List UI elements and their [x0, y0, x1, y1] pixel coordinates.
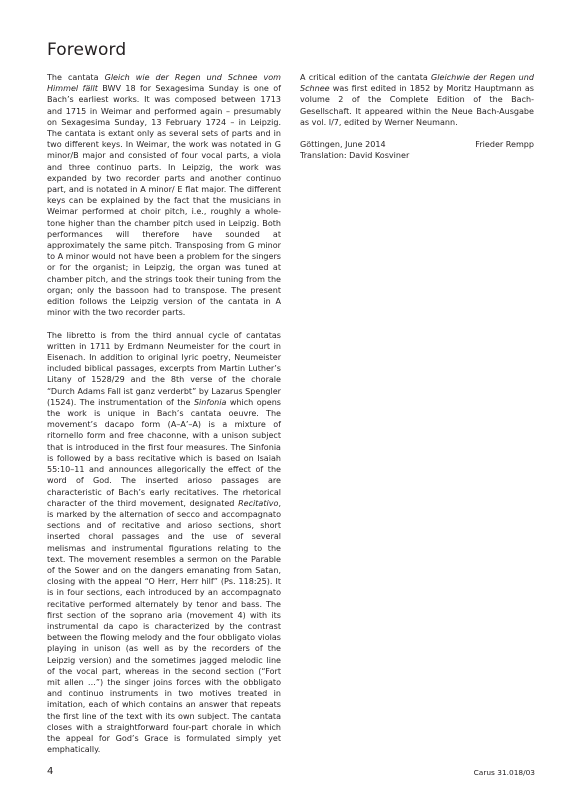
right-column: A critical edition of the cantata Gleich…	[300, 72, 534, 162]
page-title: Foreword	[47, 40, 126, 60]
signature-line: Göttingen, June 2014 Frieder Rempp	[300, 139, 534, 150]
left-column: The cantata Gleich wie der Regen und Sch…	[47, 72, 281, 755]
text: The cantata	[47, 73, 105, 82]
catalog-reference: Carus 31.018/03	[474, 768, 535, 777]
sinfonia-term: Sinfonia	[194, 398, 226, 407]
text: which opens the work is unique in Bach’s…	[47, 398, 281, 508]
author: Frieder Rempp	[475, 139, 534, 150]
paragraph-critical-edition: A critical edition of the cantata Gleich…	[300, 72, 534, 128]
recitativo-term: Recitativo	[238, 499, 278, 508]
place-date: Göttingen, June 2014	[300, 139, 386, 150]
text: was first edited in 1852 by Moritz Haupt…	[300, 84, 534, 127]
page-number: 4	[47, 766, 53, 777]
text: The libretto is from the third annual cy…	[47, 331, 281, 407]
text: BWV 18 for Sexagesima Sunday is one of B…	[47, 84, 281, 317]
paragraph-intro: The cantata Gleich wie der Regen und Sch…	[47, 72, 281, 318]
text: A critical edition of the cantata	[300, 73, 431, 82]
paragraph-libretto: The libretto is from the third annual cy…	[47, 330, 281, 756]
text: , is marked by the alternation of secco …	[47, 499, 281, 754]
translation-credit: Translation: David Kosviner	[300, 150, 534, 161]
